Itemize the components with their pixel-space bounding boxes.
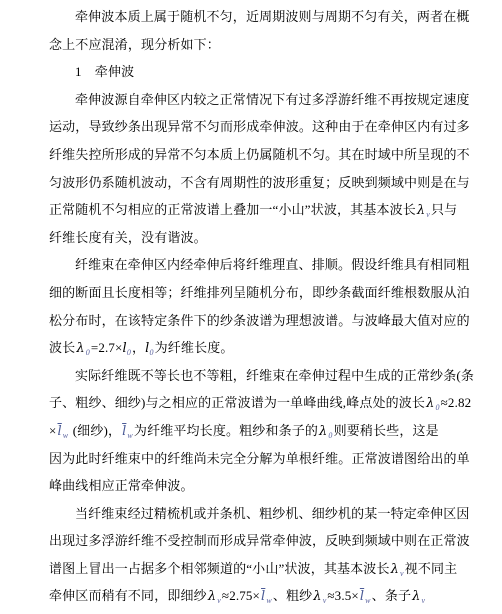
formula-symbol: λ: [75, 341, 85, 356]
text-line: 子、粗纱、细纱)与之相应的正常波谱为一单峰曲线,峰点处的波长λ0≈2.82: [49, 389, 466, 417]
text-run: 出现过多浮游纤维不受控制而形成异常牵伸波，反映到频域中则在正常波: [49, 533, 470, 548]
text-run: 子、粗纱、细纱)与之相应的正常波谱为一单峰曲线,峰点处的波长: [49, 395, 425, 410]
text-run: ≈2.82: [441, 395, 472, 410]
text-line: 波长λ0=2.7×l0，l0为纤维长度。: [49, 334, 466, 362]
text-run: =2.7×: [91, 340, 123, 355]
text-line: 纤维束在牵伸区内经牵伸后将纤维理直、排顺。假设纤维具有相同粗: [49, 251, 466, 279]
text-line: 牵伸波源自牵伸区内较之正常情况下有过多浮游纤维不再按规定速度: [49, 86, 466, 114]
formula-symbol: λ: [411, 589, 421, 604]
text-run: 细的断面且长度相等；纤维排列呈随机分布，即纱条截面纤维根数服从泊: [49, 285, 470, 300]
formula-subscript: v: [422, 596, 427, 605]
text-run: (细纱)，: [69, 423, 121, 438]
text-run: 则要稍长些，这是: [334, 423, 439, 438]
formula-symbol: λ: [416, 203, 426, 218]
text-line: 运动，导致纱条出现异常不匀而形成牵伸波。这种由于在牵伸区内有过多: [49, 113, 466, 141]
formula-symbol: λ: [207, 589, 217, 604]
text-run: 牵伸波本质上属于随机不匀，近周期波则与周期不匀有关，两者在概: [75, 9, 470, 24]
text-line: 峰曲线相应正常牵伸波。: [49, 472, 466, 500]
text-run: 1 牵伸波: [75, 64, 134, 79]
text-run: ≈3.5×: [327, 588, 358, 603]
text-run: 为纤维平均长度。粗纱和条子的: [134, 423, 318, 438]
text-line: 因为此时纤维束中的纤维尚未完全分解为单根纤维。正常波谱图给出的单: [49, 445, 466, 473]
formula-symbol: l: [56, 424, 62, 439]
text-line: 念上不应混淆，现分析如下：: [49, 31, 466, 59]
text-run: 运动，导致纱条出现异常不匀而形成牵伸波。这种由于在牵伸区内有过多: [49, 119, 470, 134]
section-heading: 1 牵伸波: [49, 58, 466, 86]
text-line: 纤维失控所形成的异常不匀本质上仍属随机不匀。其在时域中所呈现的不: [49, 141, 466, 169]
text-line: 正常随机不匀相应的正常波谱上叠加一“小山”状波，其基本波长λv只与: [49, 196, 466, 224]
text-run: 、粗纱: [273, 588, 312, 603]
text-line: 牵伸波本质上属于随机不匀，近周期波则与周期不匀有关，两者在概: [49, 3, 466, 31]
text-run: 匀波形仍系随机波动，不含有周期性的波形重复；反映到频域中则是在与: [49, 175, 470, 190]
text-line: 当纤维束经过精梳机或并条机、粗纱机、细纱机的某一特定牵伸区因: [49, 500, 466, 528]
text-run: 实际纤维既不等长也不等粗，纤维束在牵伸过程中生成的正常纱条(条: [75, 368, 474, 383]
text-run: 牵伸波源自牵伸区内较之正常情况下有过多浮游纤维不再按规定速度: [75, 92, 470, 107]
text-run: 纤维长度有关，没有谐波。: [49, 230, 207, 245]
text-run: 纤维束在牵伸区内经牵伸后将纤维理直、排顺。假设纤维具有相同粗: [75, 257, 470, 272]
text-line: 匀波形仍系随机波动，不含有周期性的波形重复；反映到频域中则是在与: [49, 169, 466, 197]
text-line: 纤维长度有关，没有谐波。: [49, 224, 466, 252]
text-line: 谱图上冒出一占据多个相邻频道的“小山”状波，其基本波长λv视不同主: [49, 555, 466, 583]
formula-symbol: λ: [425, 396, 435, 411]
text-run: ，: [132, 340, 145, 355]
text-run: 当纤维束经过精梳机或并条机、粗纱机、细纱机的某一特定牵伸区因: [75, 506, 470, 521]
text-run: 念上不应混淆，现分析如下：: [49, 37, 220, 52]
text-run: 松分布时，在该特定条件下的纱条波谱为理想波谱。与波峰最大值对应的: [49, 313, 470, 328]
text-run: 谱图上冒出一占据多个相邻频道的“小山”状波，其基本波长: [49, 561, 390, 576]
text-run: 波长: [49, 340, 75, 355]
text-line: 牵伸区而稍有不同，即细纱λv≈2.75×lw、粗纱λv≈3.5×lw、条子λv: [49, 582, 466, 610]
text-run: 为纤维长度。: [155, 340, 234, 355]
text-run: 因为此时纤维束中的纤维尚未完全分解为单根纤维。正常波谱图给出的单: [49, 451, 470, 466]
text-line: 实际纤维既不等长也不等粗，纤维束在牵伸过程中生成的正常纱条(条: [49, 362, 466, 390]
text-run: 只与: [431, 202, 457, 217]
text-line: 细的断面且长度相等；纤维排列呈随机分布，即纱条截面纤维根数服从泊: [49, 279, 466, 307]
text-run: 、条子: [372, 588, 411, 603]
text-line: 松分布时，在该特定条件下的纱条波谱为理想波谱。与波峰最大值对应的: [49, 307, 466, 335]
formula-symbol: λ: [312, 589, 322, 604]
formula-symbol: λ: [318, 424, 328, 439]
document-page: 牵伸波本质上属于随机不匀，近周期波则与周期不匀有关，两者在概念上不应混淆，现分析…: [0, 0, 502, 614]
text-run: 纤维失控所形成的异常不匀本质上仍属随机不匀。其在时域中所呈现的不: [49, 147, 470, 162]
text-run: 牵伸区而稍有不同，即细纱: [49, 588, 207, 603]
text-run: ≈2.75×: [222, 588, 260, 603]
text-line: 出现过多浮游纤维不受控制而形成异常牵伸波，反映到频域中则在正常波: [49, 527, 466, 555]
formula-symbol: λ: [390, 562, 400, 577]
text-run: 视不同主: [405, 561, 458, 576]
text-run: 峰曲线相应正常牵伸波。: [49, 478, 194, 493]
text-run: 正常随机不匀相应的正常波谱上叠加一“小山”状波，其基本波长: [49, 202, 416, 217]
text-line: ×lw (细纱)，lw为纤维平均长度。粗纱和条子的λ0则要稍长些，这是: [49, 417, 466, 445]
